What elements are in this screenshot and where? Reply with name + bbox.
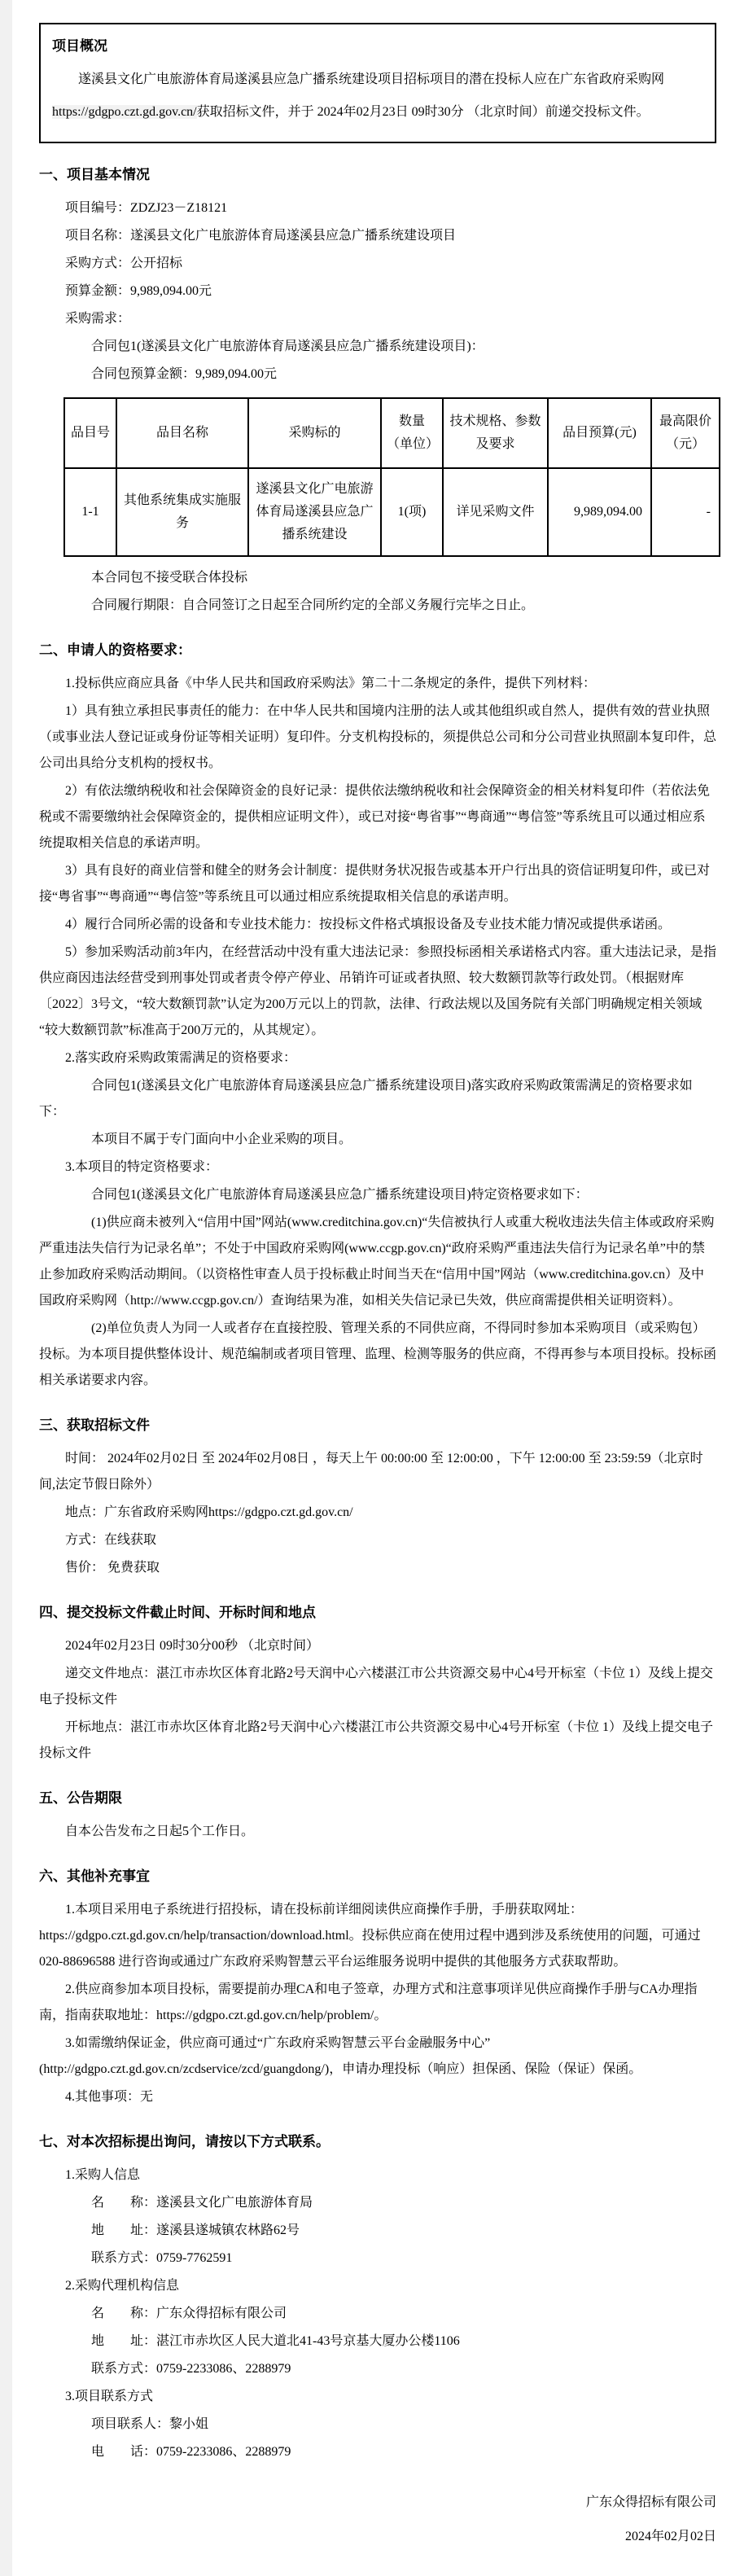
section-deadline-heading: 四、提交投标文件截止时间、开标时间和地点 (39, 1599, 716, 1627)
cell-subject: 遂溪县文化广电旅游体育局遂溪县应急广播系统建设 (248, 468, 381, 556)
other-item-1: 1.本项目采用电子系统进行招投标，请在投标前详细阅读供应商操作手册，手册获取网址… (39, 1897, 716, 1975)
qualification-para-10: 3.本项目的特定资格要求： (39, 1154, 716, 1181)
other-item-2: 2.供应商参加本项目投标，需要提前办理CA和电子签章，办理方式和注意事项详见供应… (39, 1977, 716, 2029)
col-header-spec: 技术规格、参数及要求 (443, 398, 548, 468)
page: 项目概况 遂溪县文化广电旅游体育局遂溪县应急广播系统建设项目招标项目的潜在投标人… (0, 0, 731, 2576)
overview-paragraph: 遂溪县文化广电旅游体育局遂溪县应急广播系统建设项目招标项目的潜在投标人应在广东省… (52, 64, 702, 129)
overview-text-before-url: 遂溪县文化广电旅游体育局遂溪县应急广播系统建设项目招标项目的潜在投标人应在广东省… (78, 72, 664, 86)
purchaser-address: 地 址：遂溪县遂城镇农林路62号 (39, 2218, 716, 2244)
section-qualification-heading: 二、申请人的资格要求： (39, 637, 716, 664)
qualification-para-3: 2）有依法缴纳税收和社会保障资金的良好记录：提供依法缴纳税收和社会保障资金的相关… (39, 778, 716, 856)
overview-url: https://gdgpo.czt.gd.gov.cn/ (52, 105, 197, 119)
obtain-price: 售价： 免费获取 (39, 1555, 716, 1581)
qualification-para-1: 1.投标供应商应具备《中华人民共和国政府采购法》第二十二条规定的条件，提供下列材… (39, 671, 716, 697)
items-table-header-row: 品目号 品目名称 采购标的 数量（单位） 技术规格、参数及要求 品目预算(元) … (64, 398, 720, 468)
cell-item-name: 其他系统集成实施服务 (116, 468, 248, 556)
deadline-submit-place: 递交文件地点：湛江市赤坎区体育北路2号天润中心六楼湛江市公共资源交易中心4号开标… (39, 1661, 716, 1713)
qualification-para-7: 2.落实政府采购政策需满足的资格要求： (39, 1045, 716, 1071)
col-header-price-limit: 最高限价（元） (651, 398, 720, 468)
cell-spec: 详见采购文件 (443, 468, 548, 556)
col-header-quantity: 数量（单位） (381, 398, 443, 468)
agency-tel: 联系方式：0759-2233086、2288979 (39, 2356, 716, 2382)
overview-text-after-url: 获取招标文件，并于 2024年02月23日 09时30分 （北京时间）前递交投标… (197, 105, 650, 119)
purchaser-name: 名 称：遂溪县文化广电旅游体育局 (39, 2190, 716, 2216)
purchaser-info-title: 1.采购人信息 (39, 2162, 716, 2188)
agency-address: 地 址：湛江市赤坎区人民大道北41-43号京基大厦办公楼1106 (39, 2328, 716, 2355)
field-budget-amount: 预算金额：9,989,094.00元 (39, 278, 716, 304)
qualification-para-13: (2)单位负责人为同一人或者存在直接控股、管理关系的不同供应商，不得同时参加本采… (39, 1316, 716, 1394)
signature-date: 2024年02月02日 (39, 2521, 716, 2553)
qualification-para-11: 合同包1(遂溪县文化广电旅游体育局遂溪县应急广播系统建设项目)特定资格要求如下： (39, 1182, 716, 1208)
obtain-place: 地点：广东省政府采购网https://gdgpo.czt.gd.gov.cn/ (39, 1500, 716, 1526)
section-basic-heading: 一、项目基本情况 (39, 161, 716, 189)
field-procurement-demand: 采购需求： (39, 306, 716, 332)
qualification-para-9: 本项目不属于专门面向中小企业采购的项目。 (39, 1127, 716, 1153)
qualification-para-8: 合同包1(遂溪县文化广电旅游体育局遂溪县应急广播系统建设项目)落实政府采购政策需… (39, 1073, 716, 1125)
project-contact-title: 3.项目联系方式 (39, 2384, 716, 2410)
field-project-name: 项目名称：遂溪县文化广电旅游体育局遂溪县应急广播系统建设项目 (39, 223, 716, 249)
signature-block: 广东众得招标有限公司 2024年02月02日 (39, 2486, 716, 2553)
section-other-heading: 六、其他补充事宜 (39, 1863, 716, 1890)
items-table-row: 1-1 其他系统集成实施服务 遂溪县文化广电旅游体育局遂溪县应急广播系统建设 1… (64, 468, 720, 556)
qualification-para-4: 3）具有良好的商业信誉和健全的财务会计制度：提供财务状况报告或基本开户行出具的资… (39, 858, 716, 910)
overview-title: 项目概况 (52, 33, 702, 60)
announcement-body: 自本公告发布之日起5个工作日。 (39, 1819, 716, 1845)
qualification-para-5: 4）履行合同所必需的设备和专业技术能力：按投标文件格式填报设备及专业技术能力情况… (39, 912, 716, 938)
project-overview-box: 项目概况 遂溪县文化广电旅游体育局遂溪县应急广播系统建设项目招标项目的潜在投标人… (39, 23, 716, 143)
items-table: 品目号 品目名称 采购标的 数量（单位） 技术规格、参数及要求 品目预算(元) … (63, 397, 720, 557)
section-announcement-heading: 五、公告期限 (39, 1785, 716, 1812)
agency-name: 名 称：广东众得招标有限公司 (39, 2301, 716, 2327)
contract-package-budget: 合同包预算金额：9,989,094.00元 (39, 361, 716, 388)
cell-quantity: 1(项) (381, 468, 443, 556)
qualification-para-12: (1)供应商未被列入“信用中国”网站(www.creditchina.gov.c… (39, 1210, 716, 1314)
project-contact-tel: 电 话：0759-2233086、2288979 (39, 2439, 716, 2465)
cell-item-budget: 9,989,094.00 (548, 468, 651, 556)
qualification-para-2: 1）具有独立承担民事责任的能力：在中华人民共和国境内注册的法人或其他组织或自然人… (39, 699, 716, 777)
cell-item-no: 1-1 (64, 468, 116, 556)
contract-package-line: 合同包1(遂溪县文化广电旅游体育局遂溪县应急广播系统建设项目)： (39, 334, 716, 360)
note-no-consortium: 本合同包不接受联合体投标 (39, 565, 716, 591)
deadline-time: 2024年02月23日 09时30分00秒 （北京时间） (39, 1633, 716, 1659)
signature-company: 广东众得招标有限公司 (39, 2486, 716, 2519)
section-contact-heading: 七、对本次招标提出询问，请按以下方式联系。 (39, 2128, 716, 2156)
purchaser-tel: 联系方式：0759-7762591 (39, 2245, 716, 2272)
obtain-time: 时间： 2024年02月02日 至 2024年02月08日 ，每天上午 00:0… (39, 1446, 716, 1498)
obtain-method: 方式：在线获取 (39, 1527, 716, 1553)
note-contract-duration: 合同履行期限：自合同签订之日起至合同所约定的全部义务履行完毕之日止。 (39, 593, 716, 619)
col-header-subject: 采购标的 (248, 398, 381, 468)
agency-info-title: 2.采购代理机构信息 (39, 2273, 716, 2299)
col-header-item-no: 品目号 (64, 398, 116, 468)
cell-price-limit: - (651, 468, 720, 556)
col-header-item-name: 品目名称 (116, 398, 248, 468)
col-header-item-budget: 品目预算(元) (548, 398, 651, 468)
left-gutter (0, 0, 12, 2576)
deadline-open-place: 开标地点：湛江市赤坎区体育北路2号天润中心六楼湛江市公共资源交易中心4号开标室（… (39, 1715, 716, 1767)
other-item-4: 4.其他事项：无 (39, 2084, 716, 2110)
qualification-para-6: 5）参加采购活动前3年内，在经营活动中没有重大违法记录：参照投标函相关承诺格式内… (39, 940, 716, 1044)
other-item-3: 3.如需缴纳保证金，供应商可通过“广东政府采购智慧云平台金融服务中心”(http… (39, 2031, 716, 2083)
field-project-number: 项目编号：ZDZJ23－Z18121 (39, 195, 716, 221)
field-procurement-method: 采购方式：公开招标 (39, 251, 716, 277)
project-contact-person: 项目联系人：黎小姐 (39, 2412, 716, 2438)
document: 项目概况 遂溪县文化广电旅游体育局遂溪县应急广播系统建设项目招标项目的潜在投标人… (12, 0, 731, 2576)
section-obtain-heading: 三、获取招标文件 (39, 1412, 716, 1439)
